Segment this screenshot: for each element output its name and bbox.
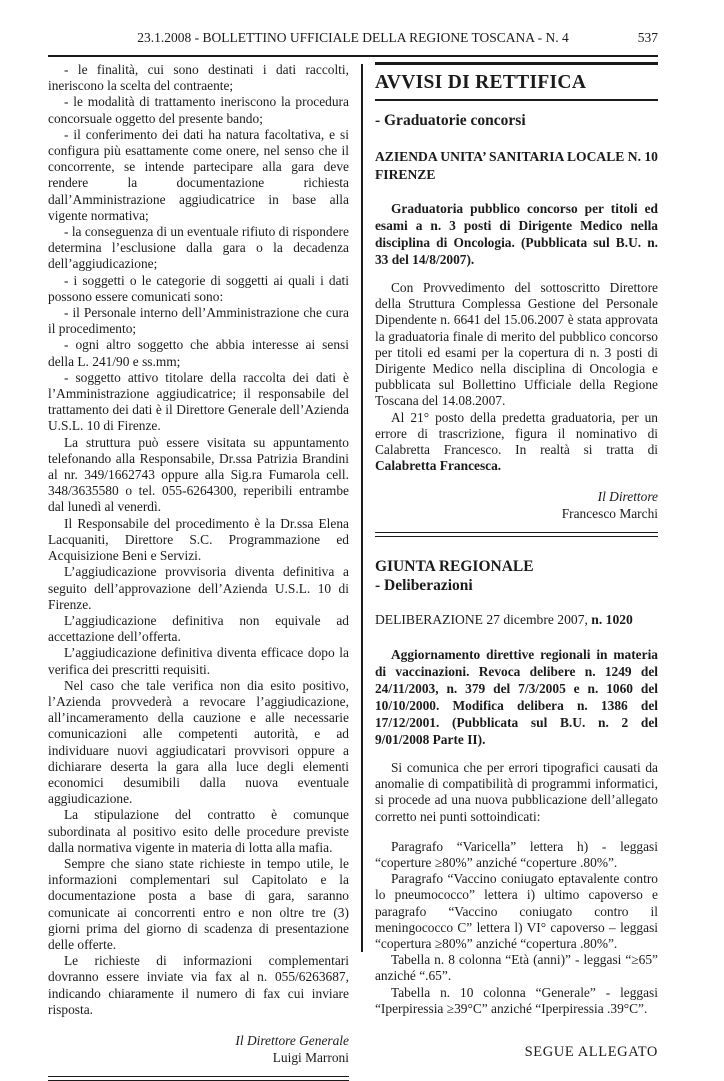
right-column: AVVISI DI RETTIFICA - Graduatorie concor… [375, 62, 658, 1081]
paragraph: - i soggetti o le categorie di soggetti … [48, 273, 349, 305]
header-date-line: 23.1.2008 - BOLLETTINO UFFICIALE DELLA R… [137, 30, 568, 45]
paragraph: La struttura può essere visitata su appu… [48, 435, 349, 516]
signature-name: Luigi Marroni [48, 1049, 349, 1066]
paragraph-text: Al 21° posto della predetta graduatoria,… [375, 410, 658, 457]
signature-role: Il Direttore [375, 488, 658, 505]
gazette-page: 23.1.2008 - BOLLETTINO UFFICIALE DELLA R… [0, 0, 724, 1024]
notice-lead-paragraph: Graduatoria pubblico concorso per titoli… [375, 200, 658, 268]
paragraph: L’aggiudicazione provvisoria diventa def… [48, 564, 349, 613]
paragraph: Sempre che siano state richieste in temp… [48, 856, 349, 953]
continuation-note: SEGUE ALLEGATO [375, 1044, 658, 1061]
section-title-line: GIUNTA REGIONALE [375, 558, 658, 577]
spacer [375, 268, 658, 280]
section-end-rule [375, 532, 658, 537]
paragraph: La stipulazione del contratto è comunque… [48, 807, 349, 856]
signature-block: Il Direttore Francesco Marchi [375, 488, 658, 522]
paragraph: Nel caso che tale verifica non dia esito… [48, 678, 349, 808]
paragraph: - la conseguenza di un eventuale rifiuto… [48, 224, 349, 273]
page-header: 23.1.2008 - BOLLETTINO UFFICIALE DELLA R… [48, 30, 658, 57]
paragraph: - il Personale interno dell’Amministrazi… [48, 305, 349, 337]
page-number: 537 [638, 30, 658, 46]
section-title: GIUNTA REGIONALE - Deliberazioni [375, 558, 658, 595]
correction-item: Tabella n. 10 colonna “Generale” - legga… [375, 985, 658, 1017]
notice-lead-paragraph: Aggiornamento direttive regionali in mat… [375, 646, 658, 748]
signature-block: Il Direttore Generale Luigi Marroni [48, 1032, 349, 1066]
paragraph: Le richieste di informazioni complementa… [48, 953, 349, 1018]
correction-item: Paragrafo “Vaccino coniugato eptavalente… [375, 871, 658, 952]
signature-role: Il Direttore Generale [48, 1032, 349, 1049]
deliberation-date: DELIBERAZIONE 27 dicembre 2007, [375, 612, 591, 627]
two-column-content: - le finalità, cui sono destinati i dati… [48, 62, 658, 1081]
paragraph: Al 21° posto della predetta graduatoria,… [375, 410, 658, 475]
paragraph: L’aggiudicazione definitiva non equivale… [48, 613, 349, 645]
paragraph: - le finalità, cui sono destinati i dati… [48, 62, 349, 94]
left-column: - le finalità, cui sono destinati i dati… [48, 62, 349, 1081]
correction-item: Paragrafo “Varicella” lettera h) - legga… [375, 839, 658, 871]
deliberation-heading: DELIBERAZIONE 27 dicembre 2007, n. 1020 [375, 612, 658, 629]
paragraph: - le modalità di trattamento ineriscono … [48, 94, 349, 126]
organization-line: AZIENDA UNITA’ SANITARIA LOCALE N. 10 [375, 148, 658, 166]
paragraph: Si comunica che per errori tipografici c… [375, 760, 658, 825]
section-title: AVVISI DI RETTIFICA [375, 72, 658, 94]
rettifica-title-block: AVVISI DI RETTIFICA [375, 62, 658, 101]
correction-item: Tabella n. 8 colonna “Età (anni)” - legg… [375, 952, 658, 984]
paragraph: Con Provvedimento del sottoscritto Diret… [375, 280, 658, 410]
section-title-line: - Deliberazioni [375, 577, 658, 596]
signature-name: Francesco Marchi [375, 505, 658, 522]
section-subtitle: - Graduatorie concorsi [375, 112, 658, 130]
corrected-name-emphasis: Calabretta Francesca. [375, 458, 501, 473]
paragraph: - ogni altro soggetto che abbia interess… [48, 337, 349, 369]
organization-name: AZIENDA UNITA’ SANITARIA LOCALE N. 10 FI… [375, 148, 658, 183]
section-end-rule [48, 1076, 349, 1081]
paragraph: - soggetto attivo titolare della raccolt… [48, 370, 349, 435]
organization-line: FIRENZE [375, 166, 658, 184]
spacer [375, 748, 658, 760]
paragraph: Il Responsabile del procedimento è la Dr… [48, 516, 349, 565]
paragraph: - il conferimento dei dati ha natura fac… [48, 127, 349, 224]
paragraph: L’aggiudicazione definitiva diventa effi… [48, 645, 349, 677]
deliberation-number: n. 1020 [591, 612, 633, 627]
column-divider-rule [361, 64, 363, 952]
